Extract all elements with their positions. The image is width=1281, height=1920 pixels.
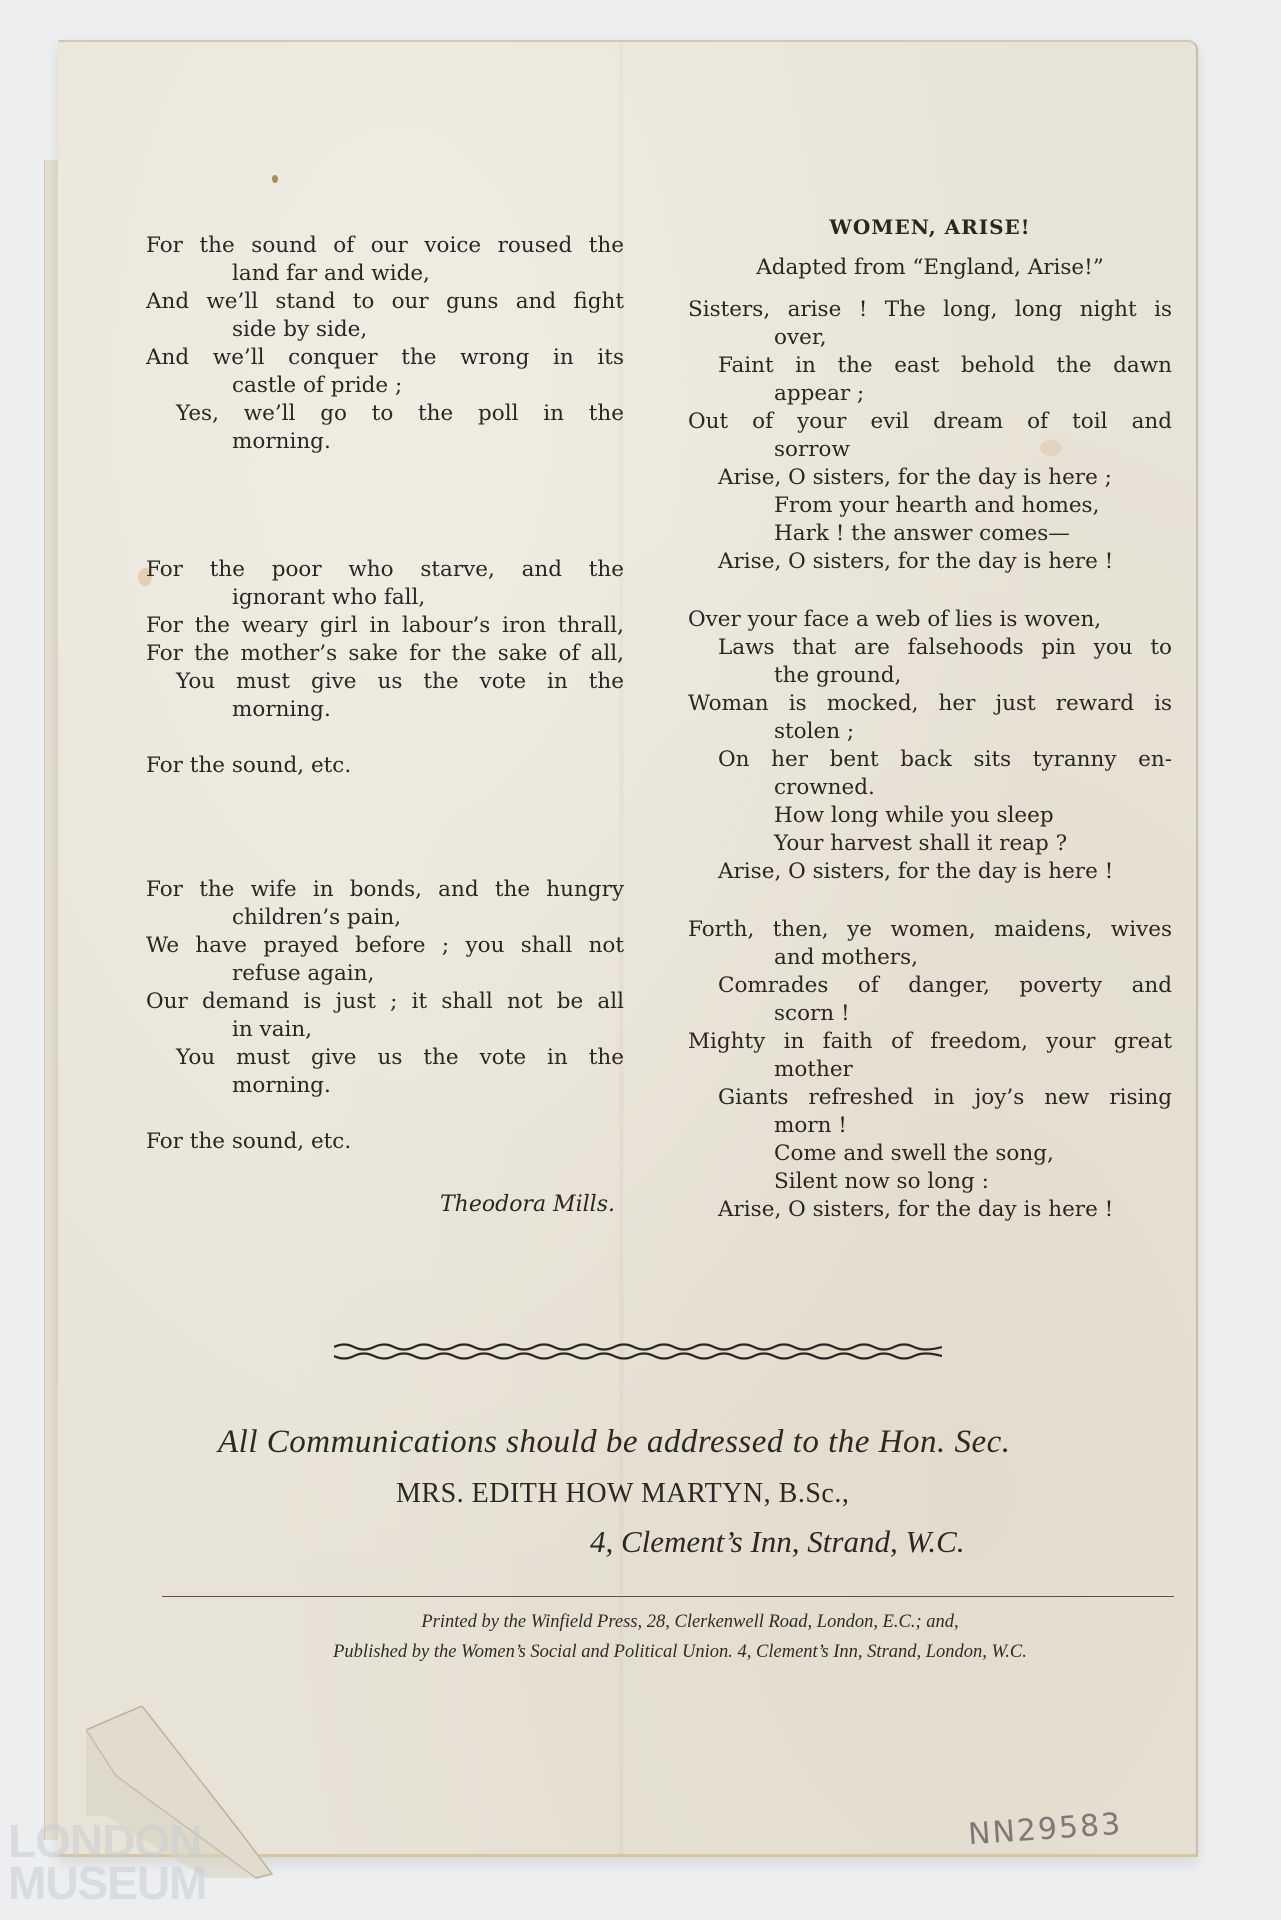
verse-line: For the sound, etc. <box>146 1128 624 1156</box>
verse-line: in vain, <box>146 1016 624 1044</box>
verse-line: Arise, O sisters, for the day is here ! <box>688 1196 1172 1224</box>
stanza: For the sound, etc. <box>146 1128 624 1156</box>
stain <box>272 175 278 183</box>
verse-line: Sisters, arise ! The long, long night is <box>688 296 1172 324</box>
verse-line: side by side, <box>146 316 624 344</box>
verse-line: the ground, <box>688 662 1172 690</box>
verse-line: land far and wide, <box>146 260 624 288</box>
verse-line: Come and swell the song, <box>688 1140 1172 1168</box>
verse-line: Your harvest shall it reap ? <box>688 830 1172 858</box>
song-subtitle: Adapted from “England, Arise!” <box>688 254 1172 282</box>
verse-line: morning. <box>146 696 624 724</box>
verse-line: appear ; <box>688 380 1172 408</box>
ornamental-divider <box>334 1340 942 1364</box>
verse-line: castle of pride ; <box>146 372 624 400</box>
verse-line: Giants refreshed in joy’s new rising <box>688 1084 1172 1112</box>
verse-line: morn ! <box>688 1112 1172 1140</box>
verse-line: children’s pain, <box>146 904 624 932</box>
verse-line: Out of your evil dream of toil and <box>688 408 1172 436</box>
song-title: WOMEN, ARISE! <box>688 213 1172 241</box>
hon-secretary-name: MRS. EDITH HOW MARTYN, B.Sc., <box>396 1478 849 1510</box>
museum-watermark: LONDON MUSEUM <box>8 1820 218 1904</box>
verse-line: Arise, O sisters, for the day is here ; <box>688 464 1172 492</box>
verse-line: From your hearth and homes, <box>688 492 1172 520</box>
stanza: Sisters, arise ! The long, long night is… <box>688 296 1172 576</box>
verse-line: You must give us the vote in the <box>146 668 624 696</box>
verse-line: Comrades of danger, poverty and <box>688 972 1172 1000</box>
stanza: For the sound of our voice roused thelan… <box>146 232 624 456</box>
verse-line: You must give us the vote in the <box>146 1044 624 1072</box>
watermark-line: LONDON <box>8 1820 218 1862</box>
stanza: Over your face a web of lies is woven,La… <box>688 606 1172 886</box>
verse-line: Over your face a web of lies is woven, <box>688 606 1172 634</box>
secretary-address: 4, Clement’s Inn, Strand, W.C. <box>590 1524 965 1560</box>
footer-rule <box>162 1596 1174 1597</box>
verse-line: For the mother’s sake for the sake of al… <box>146 640 624 668</box>
communications-notice: All Communications should be addressed t… <box>218 1424 1118 1461</box>
publisher-credit: Published by the Women’s Social and Poli… <box>160 1642 1200 1663</box>
verse-line: And we’ll conquer the wrong in its <box>146 344 624 372</box>
verse-line: Mighty in faith of freedom, your great <box>688 1028 1172 1056</box>
left-column-poem: For the sound of our voice roused thelan… <box>146 232 624 1156</box>
printer-credit: Printed by the Winfield Press, 28, Clerk… <box>160 1612 1210 1633</box>
verse-line: For the wife in bonds, and the hungry <box>146 876 624 904</box>
verse-line: refuse again, <box>146 960 624 988</box>
verse-line: For the poor who starve, and the <box>146 556 624 584</box>
verse-line: For the weary girl in labour’s iron thra… <box>146 612 624 640</box>
verse-line: Woman is mocked, her just reward is <box>688 690 1172 718</box>
verse-line: ignorant who fall, <box>146 584 624 612</box>
verse-line: mother <box>688 1056 1172 1084</box>
stanza: For the poor who starve, and theignorant… <box>146 556 624 724</box>
verse-line: Our demand is just ; it shall not be all <box>146 988 624 1016</box>
verse-line: On her bent back sits tyranny en- <box>688 746 1172 774</box>
verse-line: Forth, then, ye women, maidens, wives <box>688 916 1172 944</box>
verse-line: And we’ll stand to our guns and fight <box>146 288 624 316</box>
verse-line: over, <box>688 324 1172 352</box>
verse-line: For the sound, etc. <box>146 752 624 780</box>
verse-line: How long while you sleep <box>688 802 1172 830</box>
stanza: Forth, then, ye women, maidens, wivesand… <box>688 916 1172 1224</box>
verse-line: Hark ! the answer comes— <box>688 520 1172 548</box>
stanza: For the sound, etc. <box>146 752 624 780</box>
verse-line: crowned. <box>688 774 1172 802</box>
verse-line: sorrow <box>688 436 1172 464</box>
verse-line: scorn ! <box>688 1000 1172 1028</box>
verse-line: We have prayed before ; you shall not <box>146 932 624 960</box>
verse-line: Faint in the east behold the dawn <box>688 352 1172 380</box>
stanza: For the wife in bonds, and the hungrychi… <box>146 876 624 1100</box>
watermark-line: MUSEUM <box>8 1862 218 1904</box>
verse-line: stolen ; <box>688 718 1172 746</box>
verse-line: Arise, O sisters, for the day is here ! <box>688 548 1172 576</box>
poem-author-signature: Theodora Mills. <box>440 1192 615 1217</box>
verse-line: Arise, O sisters, for the day is here ! <box>688 858 1172 886</box>
right-column-poem: Sisters, arise ! The long, long night is… <box>688 296 1172 1224</box>
verse-line: For the sound of our voice roused the <box>146 232 624 260</box>
verse-line: Silent now so long : <box>688 1168 1172 1196</box>
verse-line: Laws that are falsehoods pin you to <box>688 634 1172 662</box>
verse-line: Yes, we’ll go to the poll in the <box>146 400 624 428</box>
verse-line: morning. <box>146 428 624 456</box>
verse-line: morning. <box>146 1072 624 1100</box>
verse-line: and mothers, <box>688 944 1172 972</box>
